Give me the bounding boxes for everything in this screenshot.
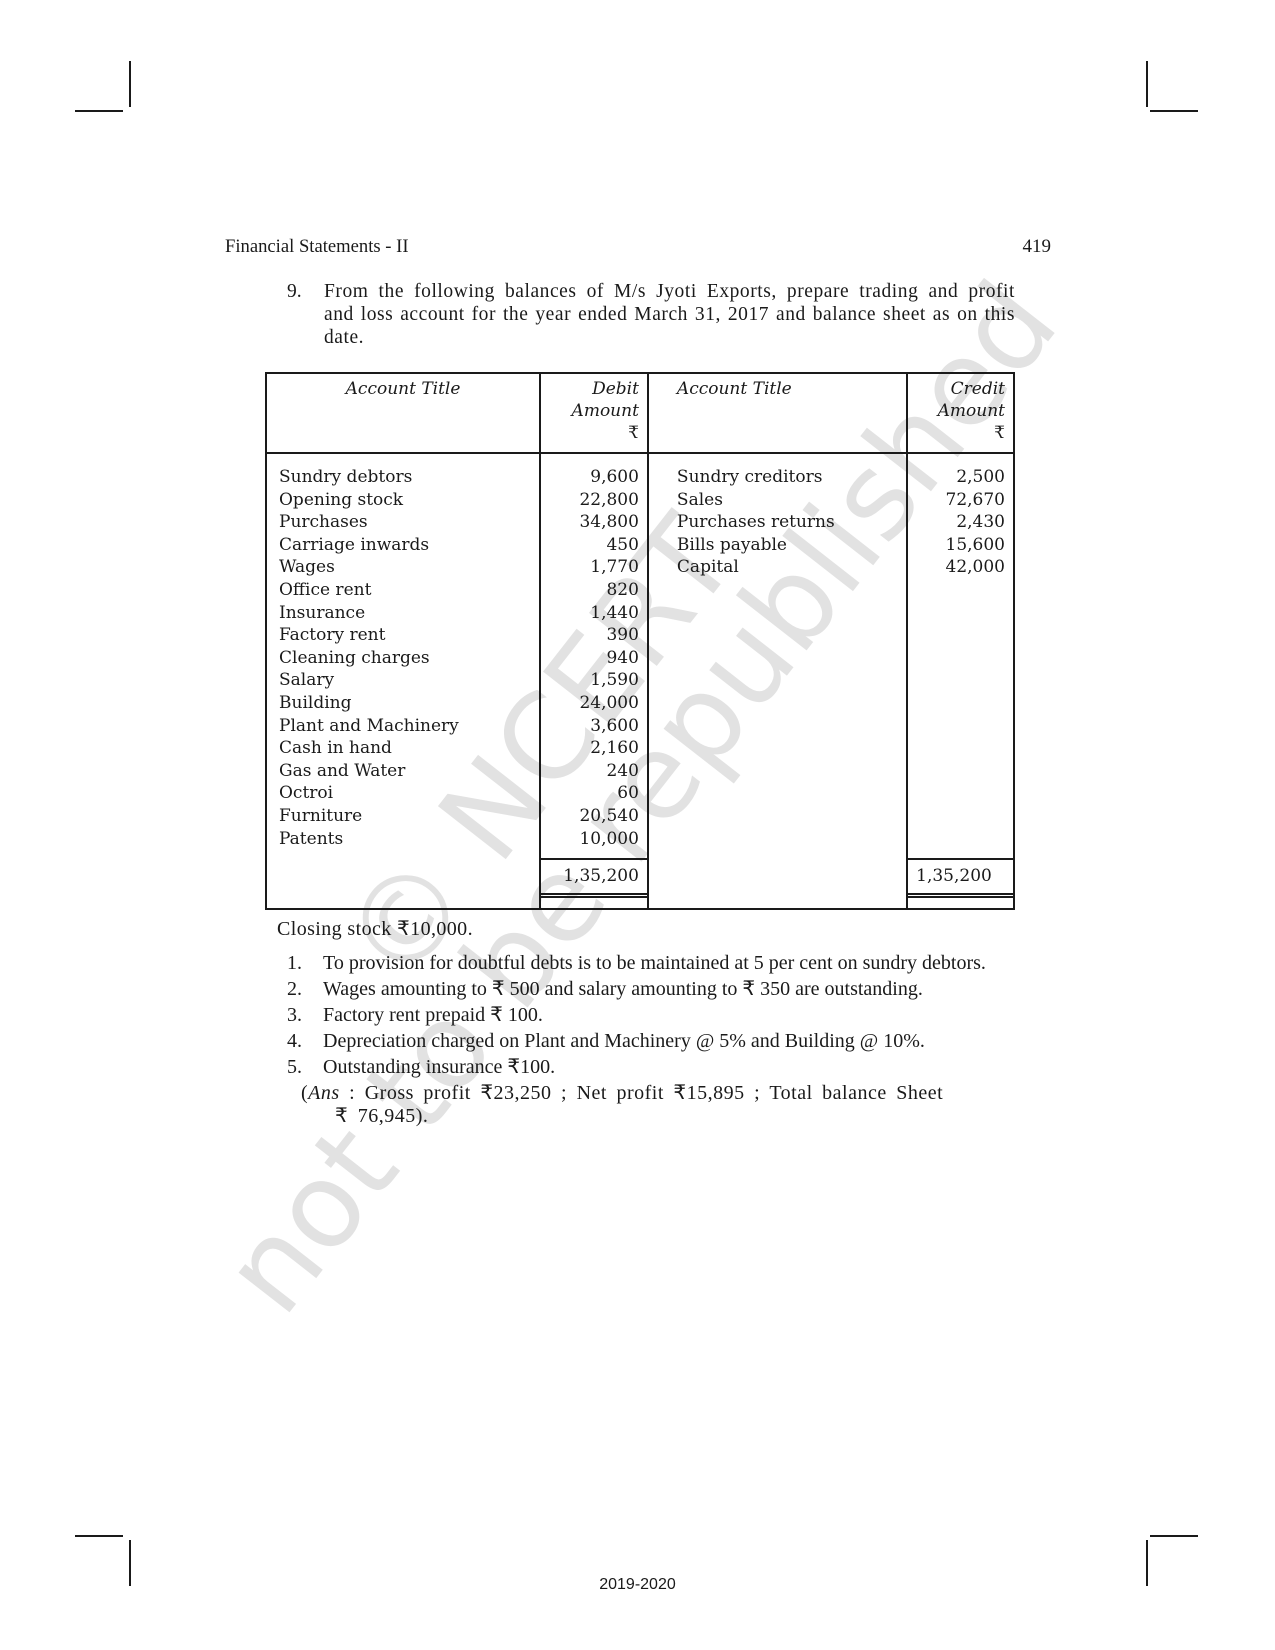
debit-amount: 22,800 [541,489,639,512]
page-number: 419 [1023,236,1052,258]
debit-amount: 1,590 [541,669,639,692]
question-9: 9. From the following balances of M/s Jy… [287,280,1015,349]
header-text: Amount [557,400,639,422]
debit-account-name: Patents [279,828,539,851]
debit-account-name: Insurance [279,602,539,625]
header-text: Account Title [677,379,792,399]
debit-account-name: Office rent [279,579,539,602]
debit-account-name: Cash in hand [279,737,539,760]
debit-account-name: Gas and Water [279,760,539,783]
header-debit-amount: Debit Amount ₹ [540,373,648,453]
blank-line [908,828,1005,851]
debit-amount: 820 [541,579,639,602]
debit-account-name: Building [279,692,539,715]
credit-account-name: Capital [677,556,906,579]
debit-amount: 20,540 [541,805,639,828]
debit-amount: 10,000 [541,828,639,851]
blank-line [908,624,1005,647]
header-text: Account Title [346,379,461,399]
debit-amount: 60 [541,782,639,805]
credit-account-name: Sales [677,489,906,512]
debit-amount: 450 [541,534,639,557]
credit-account-name: Purchases returns [677,511,906,534]
question-text: From the following balances of M/s Jyoti… [324,280,1015,349]
footer-year: 2019-2020 [0,1576,1275,1594]
credit-amount: 2,430 [908,511,1005,534]
debit-account-name: Sundry debtors [279,466,539,489]
crop-mark-top-right-h [1150,110,1198,112]
adjustment-item: 2.Wages amounting to ₹ 500 and salary am… [277,978,1015,1001]
debit-amount: 390 [541,624,639,647]
chapter-title: Financial Statements - II [225,236,409,258]
adjustment-number: 5. [277,1056,323,1079]
debit-total: 1,35,200 [541,858,647,898]
debit-amount: 2,160 [541,737,639,760]
rupee-icon: ₹ [924,422,1005,444]
adjustment-text: Wages amounting to ₹ 500 and salary amou… [323,978,1015,1001]
debit-account-name: Opening stock [279,489,539,512]
answer-label: Ans [308,1082,340,1104]
adjustment-item: 5.Outstanding insurance ₹100. [277,1056,1015,1079]
debit-amount: 240 [541,760,639,783]
blank-line [908,692,1005,715]
credit-accounts-column: Sundry creditorsSalesPurchases returnsBi… [648,453,907,909]
credit-amount: 2,500 [908,466,1005,489]
running-head: Financial Statements - II 419 [225,236,1051,258]
debit-account-name: Furniture [279,805,539,828]
crop-mark-top-right-v [1146,61,1148,107]
adjustment-text: Factory rent prepaid ₹ 100. [323,1004,1015,1027]
debit-amount: 3,600 [541,715,639,738]
crop-mark-top-left-h [75,110,123,112]
closing-stock-note: Closing stock ₹10,000. [277,918,1015,941]
adjustment-item: 4.Depreciation charged on Plant and Mach… [277,1030,1015,1053]
blank-line [908,715,1005,738]
header-debit-account-title: Account Title [266,373,540,453]
debit-amount: 1,770 [541,556,639,579]
answer: (Ans : Gross profit ₹23,250 ; Net profit… [301,1082,1015,1128]
adjustment-text: To provision for doubtful debts is to be… [323,952,1015,975]
debit-account-name: Wages [279,556,539,579]
credit-account-name: Bills payable [677,534,906,557]
debit-amount: 940 [541,647,639,670]
answer-continuation: ₹ 76,945). [301,1105,1015,1128]
header-text: Amount [924,400,1005,422]
credit-amounts-column: 2,50072,6702,43015,60042,000 1,35,200 [907,453,1014,909]
adjustment-number: 2. [277,978,323,1001]
crop-mark-bottom-right-h [1150,1535,1198,1537]
rupee-icon: ₹ [557,422,639,444]
blank-line [908,737,1005,760]
debit-amount: 24,000 [541,692,639,715]
blank-line [908,782,1005,805]
blank-line [908,602,1005,625]
debit-amounts-column: 9,60022,80034,8004501,7708201,4403909401… [540,453,648,909]
credit-amount: 72,670 [908,489,1005,512]
adjustment-text: Depreciation charged on Plant and Machin… [323,1030,1015,1053]
debit-account-name: Purchases [279,511,539,534]
adjustment-number: 1. [277,952,323,975]
credit-amount: 15,600 [908,534,1005,557]
header-text: Credit [924,378,1005,400]
blank-line [908,760,1005,783]
debit-amount: 34,800 [541,511,639,534]
debit-accounts-column: Sundry debtorsOpening stockPurchasesCarr… [266,453,540,909]
debit-account-name: Factory rent [279,624,539,647]
additional-information: Closing stock ₹10,000. 1.To provision fo… [277,918,1015,1128]
adjustment-number: 4. [277,1030,323,1053]
credit-account-name: Sundry creditors [677,466,906,489]
debit-account-name: Salary [279,669,539,692]
header-credit-account-title: Account Title [648,373,907,453]
credit-total: 1,35,200 [908,858,1013,898]
debit-amount: 9,600 [541,466,639,489]
document-page: © NCERT not to be republished Financial … [0,0,1275,1650]
crop-mark-top-left-v [129,61,131,107]
debit-account-name: Cleaning charges [279,647,539,670]
debit-amount: 1,440 [541,602,639,625]
trial-balance-table: Account Title Debit Amount ₹ Account Tit… [265,372,1015,910]
adjustments-list: 1.To provision for doubtful debts is to … [277,952,1015,1079]
blank-line [908,669,1005,692]
question-number: 9. [287,280,324,349]
answer-text: : Gross profit ₹23,250 ; Net profit ₹15,… [340,1082,943,1104]
table-header-row: Account Title Debit Amount ₹ Account Tit… [266,373,1014,453]
blank-line [908,647,1005,670]
blank-line [908,805,1005,828]
adjustment-item: 3.Factory rent prepaid ₹ 100. [277,1004,1015,1027]
debit-account-name: Plant and Machinery [279,715,539,738]
blank-line [908,579,1005,602]
adjustment-item: 1.To provision for doubtful debts is to … [277,952,1015,975]
debit-account-name: Carriage inwards [279,534,539,557]
header-text: Debit [557,378,639,400]
header-credit-amount: Credit Amount ₹ [907,373,1014,453]
adjustment-text: Outstanding insurance ₹100. [323,1056,1015,1079]
debit-account-name: Octroi [279,782,539,805]
credit-amount: 42,000 [908,556,1005,579]
table-body-row: Sundry debtorsOpening stockPurchasesCarr… [266,453,1014,909]
crop-mark-bottom-left-h [75,1535,123,1537]
adjustment-number: 3. [277,1004,323,1027]
